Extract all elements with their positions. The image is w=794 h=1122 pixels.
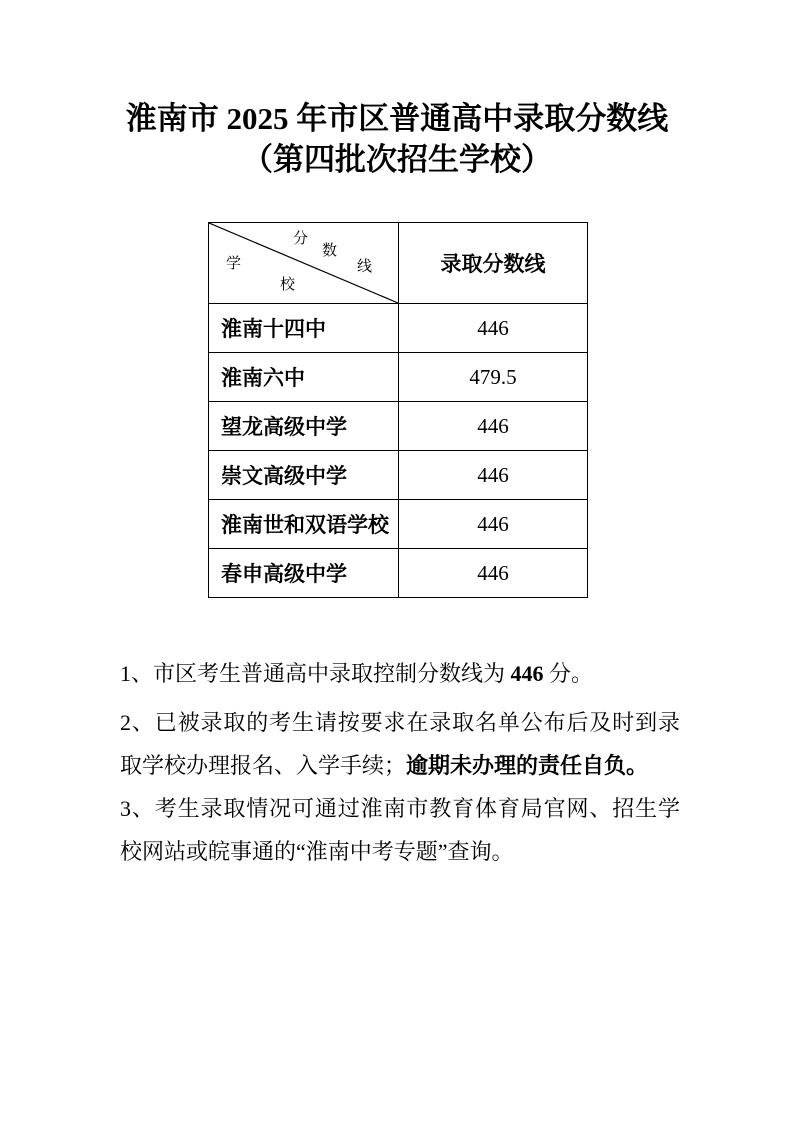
school-name-cell: 望龙高级中学 xyxy=(209,402,399,451)
note-item-3: 3、考生录取情况可通过淮南市教育体育局官网、招生学校网站或皖事通的“淮南中考专题… xyxy=(120,787,680,873)
notes-section: 1、市区考生普通高中录取控制分数线为 446 分。 2、已被录取的考生请按要求在… xyxy=(120,652,680,873)
school-name-cell: 春申高级中学 xyxy=(209,549,399,598)
table-row: 崇文高级中学 446 xyxy=(209,451,588,500)
score-value-cell: 479.5 xyxy=(399,353,588,402)
note-item-1: 1、市区考生普通高中录取控制分数线为 446 分。 xyxy=(120,652,680,695)
corner-label-score-char: 线 xyxy=(357,260,372,275)
note-text: 分。 xyxy=(544,661,594,686)
title-line-1: 淮南市 2025 年市区普通高中录取分数线 xyxy=(0,98,794,139)
note-bold-text: 逾期未办理的责任自负。 xyxy=(406,753,648,778)
column-header-score-line: 录取分数线 xyxy=(399,223,588,304)
table-row: 望龙高级中学 446 xyxy=(209,402,588,451)
table-row: 淮南十四中 446 xyxy=(209,304,588,353)
corner-label-score-char: 数 xyxy=(322,244,337,259)
title-line-2: （第四批次招生学校） xyxy=(0,139,794,180)
school-name-cell: 淮南世和双语学校 xyxy=(209,500,399,549)
score-value-cell: 446 xyxy=(399,500,588,549)
corner-label-score-char: 分 xyxy=(293,232,308,247)
corner-label-school-char: 校 xyxy=(280,278,295,293)
table-row: 淮南世和双语学校 446 xyxy=(209,500,588,549)
score-value-cell: 446 xyxy=(399,402,588,451)
score-table: 分 数 线 学 校 录取分数线 淮南十四中 446 淮南六中 479.5 望龙高… xyxy=(208,222,588,598)
score-value-cell: 446 xyxy=(399,304,588,353)
note-bold-text: 446 xyxy=(511,661,544,686)
table-row: 春申高级中学 446 xyxy=(209,549,588,598)
school-name-cell: 淮南六中 xyxy=(209,353,399,402)
corner-label-school-char: 学 xyxy=(226,257,241,272)
note-text: 3、考生录取情况可通过淮南市教育体育局官网、招生学校网站或皖事通的“淮南中考专题… xyxy=(120,796,680,864)
table-row: 淮南六中 479.5 xyxy=(209,353,588,402)
document-page: 淮南市 2025 年市区普通高中录取分数线 （第四批次招生学校） 分 数 线 学… xyxy=(0,0,794,1122)
note-text: 1、市区考生普通高中录取控制分数线为 xyxy=(120,661,511,686)
school-name-cell: 崇文高级中学 xyxy=(209,451,399,500)
table-header-row: 分 数 线 学 校 录取分数线 xyxy=(209,223,588,304)
school-name-cell: 淮南十四中 xyxy=(209,304,399,353)
score-value-cell: 446 xyxy=(399,549,588,598)
page-title: 淮南市 2025 年市区普通高中录取分数线 （第四批次招生学校） xyxy=(0,98,794,180)
score-value-cell: 446 xyxy=(399,451,588,500)
table-corner-cell: 分 数 线 学 校 xyxy=(209,223,399,304)
note-item-2: 2、已被录取的考生请按要求在录取名单公布后及时到录取学校办理报名、入学手续；逾期… xyxy=(120,701,680,787)
